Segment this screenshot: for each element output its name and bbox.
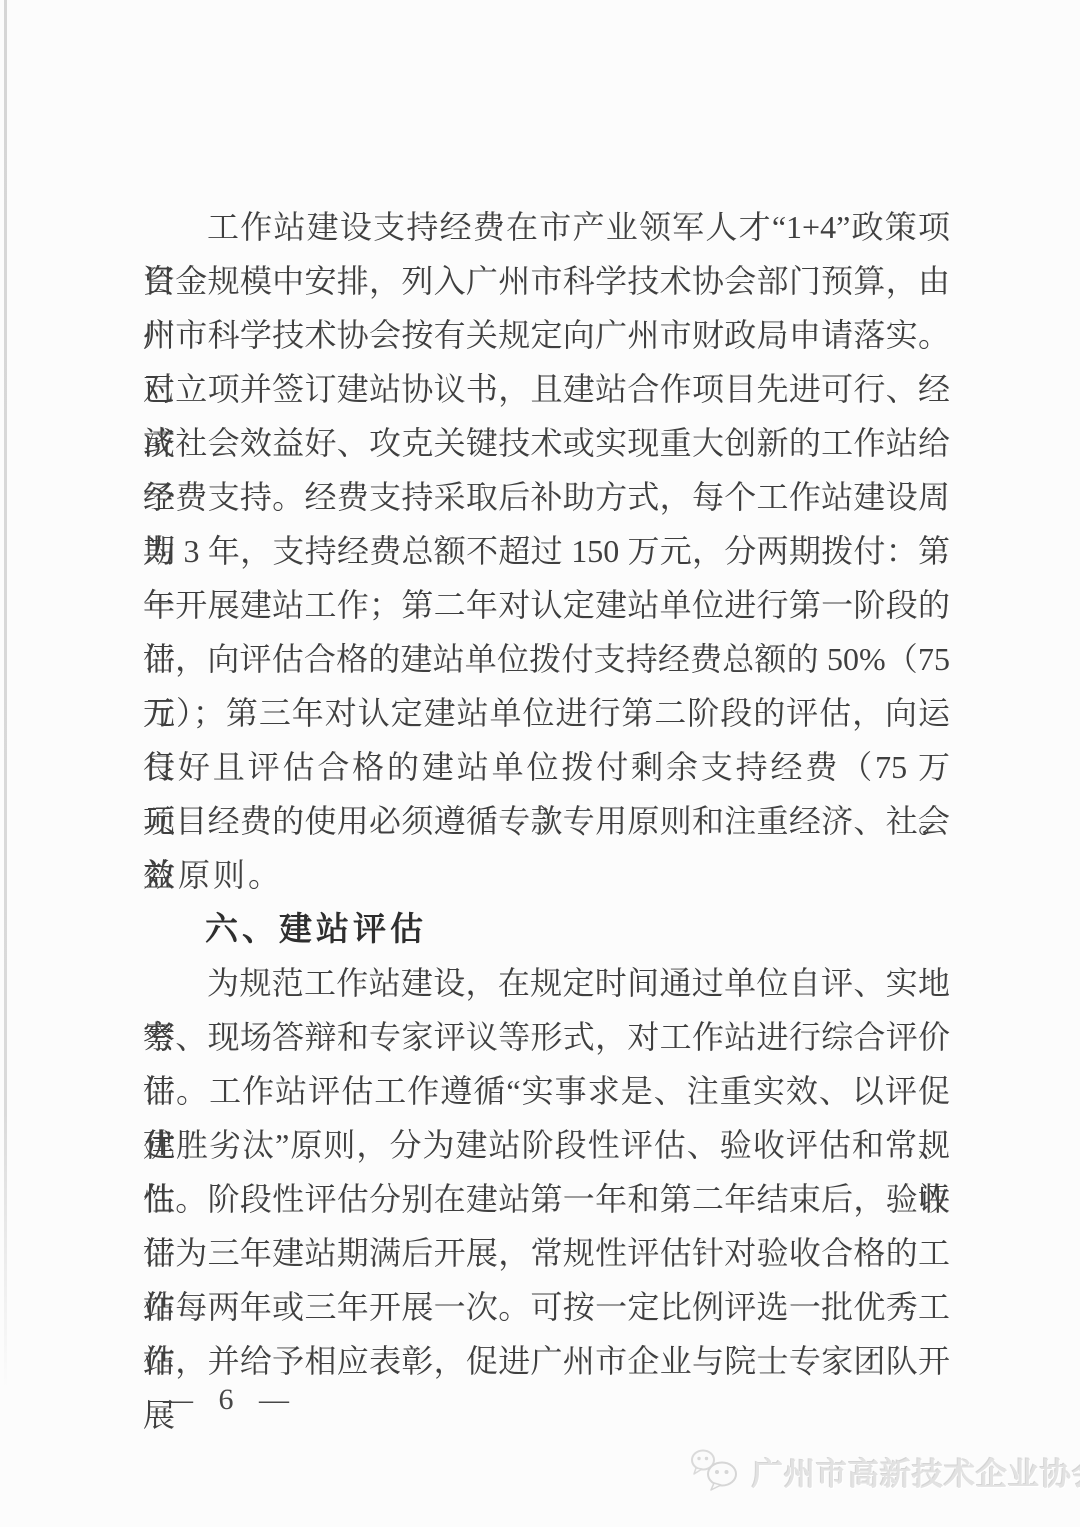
paragraph2-line: 察、现场答辩和专家评议等形式，对工作站进行综合评价评 xyxy=(143,1010,950,1064)
paragraph2-line: 估。工作站评估工作遵循“实事求是、注重实效、以评促建、 xyxy=(143,1064,950,1118)
paragraph2-line: 为规范工作站建设，在规定时间通过单位自评、实地考 xyxy=(143,956,950,1010)
paragraph2-line: 估。阶段性评估分别在建站第一年和第二年结束后，验收评 xyxy=(143,1172,950,1226)
paragraph1-line: 工作站建设支持经费在市产业领军人才“1+4”政策项目 xyxy=(143,200,950,254)
footer-watermark-text: 广州市高新技术企业协会 xyxy=(752,1449,1080,1494)
paragraph1-line: 资金规模中安排，列入广州市科学技术协会部门预算，由广 xyxy=(143,254,950,308)
paragraph1-line: 益原则。 xyxy=(143,848,950,902)
paragraph1-line: 良好且评估合格的建站单位拨付剩余支持经费（75 万元）。 xyxy=(143,740,950,794)
paragraph1-line: 经费支持。经费支持采取后补助方式，每个工作站建设周期 xyxy=(143,470,950,524)
footer-watermark: 广州市高新技术企业协会 xyxy=(690,1448,1080,1494)
paragraph1-line: 年开展建站工作；第二年对认定建站单位进行第一阶段的评 xyxy=(143,578,950,632)
page-number: — 6 — xyxy=(163,1383,298,1417)
paragraph2-line: 优胜劣汰”原则，分为建站阶段性评估、验收评估和常规性评 xyxy=(143,1118,950,1172)
paragraph1-line: 为 3 年，支持经费总额不超过 150 万元，分两期拨付：第一 xyxy=(143,524,950,578)
section-heading: 六、建站评估 xyxy=(143,902,950,956)
paragraph2-line: 站，并给予相应表彰，促进广州市企业与院士专家团队开展 xyxy=(143,1334,950,1388)
scan-page-edge-line xyxy=(4,0,7,1390)
wechat-icon xyxy=(690,1448,742,1494)
paragraph1-line: 已立项并签订建站协议书，且建站合作项目先进可行、经济 xyxy=(143,362,950,416)
paragraph1-line: 估，向评估合格的建站单位拨付支持经费总额的 50%（75 万 xyxy=(143,632,950,686)
paragraph1-line: 项目经费的使用必须遵循专款专用原则和注重经济、社会效 xyxy=(143,794,950,848)
paragraph1-line: 元）；第三年对认定建站单位进行第二阶段的评估，向运行 xyxy=(143,686,950,740)
paragraph2-line: 估为三年建站期满后开展，常规性评估针对验收合格的工作 xyxy=(143,1226,950,1280)
paragraph1-line: 州市科学技术协会按有关规定向广州市财政局申请落实。对 xyxy=(143,308,950,362)
paragraph1-line: 或社会效益好、攻克关键技术或实现重大创新的工作站给予 xyxy=(143,416,950,470)
document-body: 工作站建设支持经费在市产业领军人才“1+4”政策项目 资金规模中安排，列入广州市… xyxy=(143,200,950,1388)
paragraph2-line: 站每两年或三年开展一次。可按一定比例评选一批优秀工作 xyxy=(143,1280,950,1334)
